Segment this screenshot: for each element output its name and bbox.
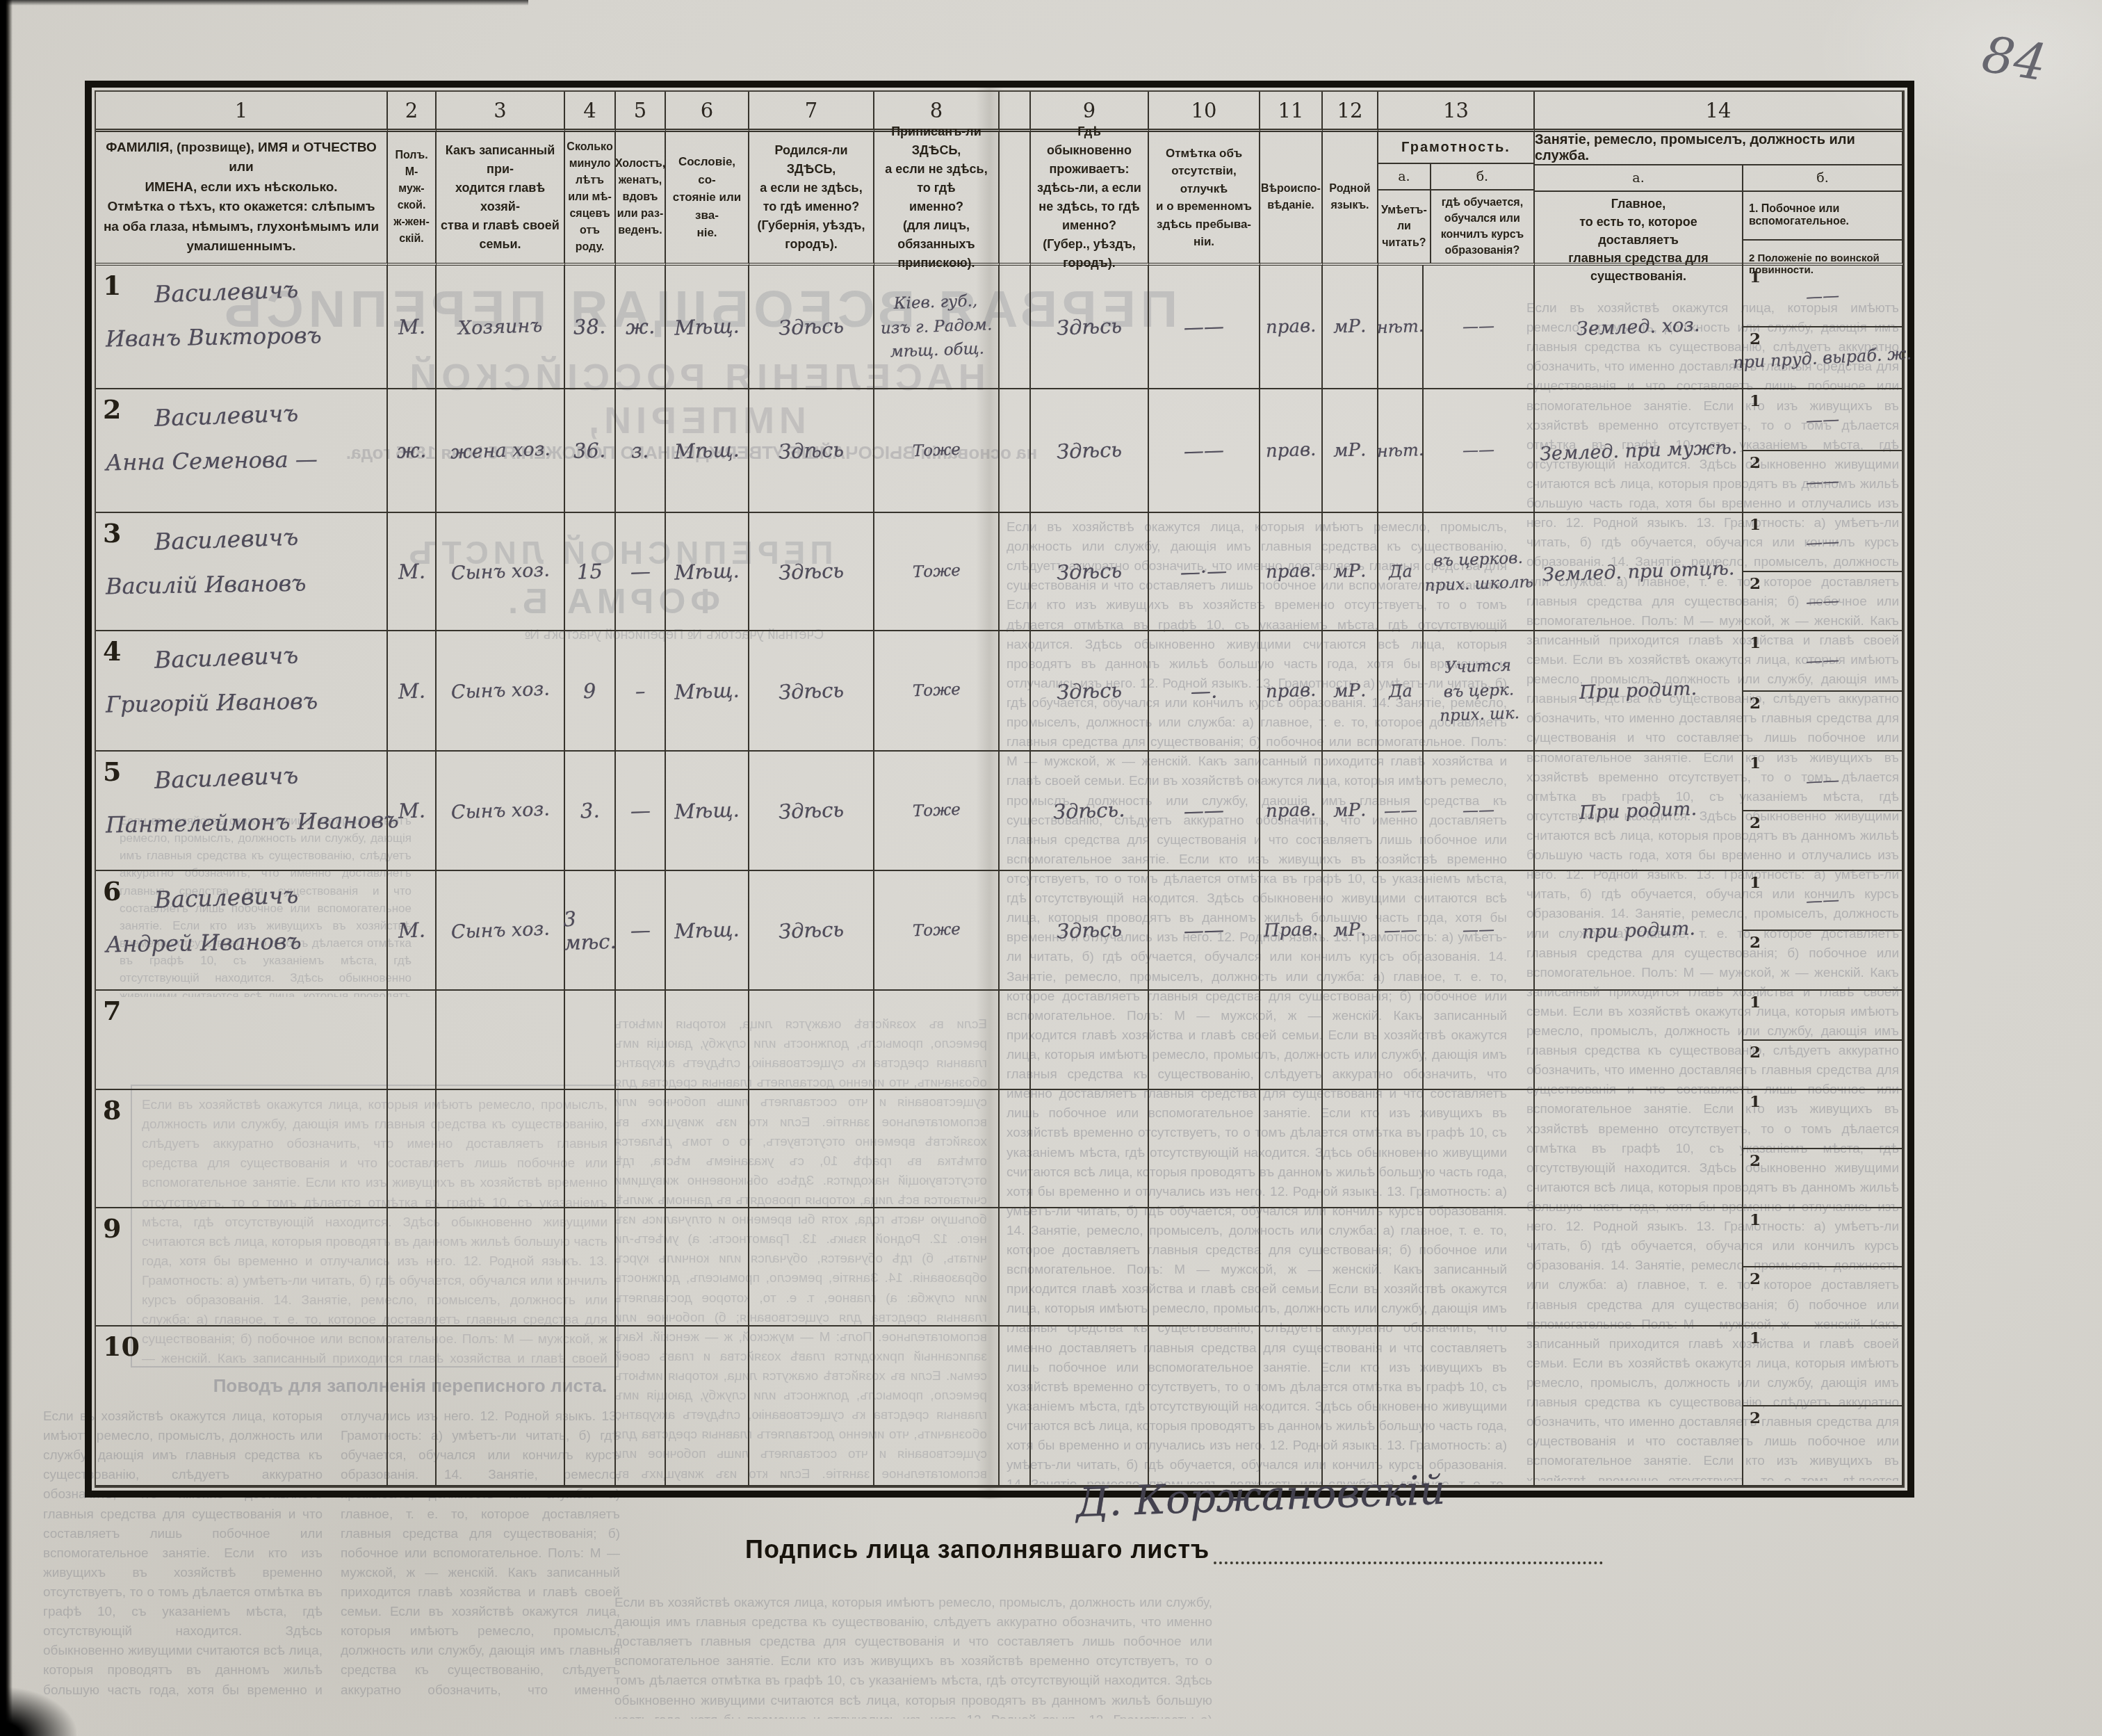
subcell-label-1: 1 — [1750, 1210, 1761, 1229]
cell-estate: Мѣщ. — [666, 631, 749, 752]
cell-birthplace — [749, 1327, 874, 1486]
cell-marital: — — [616, 513, 666, 631]
cell-registered: Тоже — [874, 631, 1000, 752]
occupation-title: Занятіе, ремесло, промыселъ, должность и… — [1535, 132, 1902, 165]
col-header-sex: Полъ. М-муж- ской. ж-жен- скій. — [388, 132, 437, 266]
scan-edge-left — [0, 0, 13, 1736]
subcell-label-1: 1 — [1750, 754, 1761, 772]
cell-reads — [1378, 1090, 1424, 1208]
cell-occupation-side: 1 2 — [1743, 1327, 1903, 1486]
cell-birthplace — [749, 991, 874, 1090]
col-header-relation: Какъ записанный при- ходится главѣ хозяй… — [437, 132, 565, 266]
military-status-subcell: 2 — [1743, 1405, 1902, 1485]
cell-absence — [1149, 991, 1260, 1090]
cell-estate: Мѣщ. — [666, 266, 749, 389]
surname-handwritten: Василевичъ — [154, 520, 386, 555]
cell-residence — [1031, 1090, 1149, 1208]
col-header-birthplace: Родился-ли ЗДѢСЬ, а если не здѣсь, то гд… — [749, 132, 874, 266]
bleed-bottom-center-text: Если въ хозяйствѣ окажутся лица, которыя… — [614, 1593, 1212, 1719]
col-header-name: ФАМИЛІЯ, (прозвище), ИМЯ и ОТЧЕСТВО или … — [96, 132, 388, 266]
cell-education: —— — [1424, 871, 1535, 991]
row-number: 9 — [103, 1212, 121, 1244]
cell-religion: прав. — [1260, 389, 1323, 513]
cell-education: —— — [1424, 266, 1535, 389]
col-header-gutter — [1000, 132, 1031, 266]
col-num-4: 4 — [565, 92, 616, 132]
subcell-label-2: 2 — [1750, 453, 1761, 472]
cell-name: 9 — [96, 1208, 388, 1327]
given-name-handwritten — [106, 1007, 386, 1012]
cell-marital: з. — [616, 389, 666, 513]
cell-age — [565, 1090, 616, 1208]
cell-residence — [1031, 1208, 1149, 1327]
cell-absence: —— — [1149, 752, 1260, 871]
cell-relation: Сынъ хоз. — [437, 871, 565, 991]
cell-residence: Здѣсь — [1031, 513, 1149, 631]
cell-reads: нѣт. — [1378, 266, 1424, 389]
cell-education: Учится въ церк. прих. шк. — [1424, 631, 1535, 752]
cell-marital — [616, 991, 666, 1090]
surname-handwritten: Василевичъ — [154, 638, 386, 674]
literacy-b-text: гдѣ обучается, обучался или кончилъ курс… — [1431, 190, 1533, 263]
cell-occupation-side: 1 —— 2 — [1743, 871, 1903, 991]
cell-sex: ж. — [388, 389, 437, 513]
military-status-subcell: 2 — [1743, 1148, 1902, 1207]
cell-registered — [874, 1090, 1000, 1208]
cell-gutter — [1000, 1090, 1031, 1208]
cell-sex: М. — [388, 631, 437, 752]
col-header-estate: Сословіе, со- стояніе или зва- ніе. — [666, 132, 749, 266]
cell-gutter — [1000, 1327, 1031, 1486]
scanned-census-sheet: ПЕРВАЯ ВСЕОБЩАЯ ПЕРЕПИСЬ НАСЕЛЕНІЯ РОССІ… — [0, 0, 2102, 1736]
side-occupation-subcell: 1 — [1743, 1090, 1902, 1148]
cell-birthplace — [749, 1090, 874, 1208]
row-number: 6 — [103, 875, 121, 907]
subcell-label-1: 1 — [1750, 993, 1761, 1012]
cell-marital: — — [616, 871, 666, 991]
cell-sex: М. — [388, 266, 437, 389]
row-number: 1 — [103, 270, 121, 301]
cell-occupation-side: 1 —— 2 —— — [1743, 513, 1903, 631]
cell-residence: Здѣсь. — [1031, 752, 1149, 871]
cell-religion — [1260, 1090, 1323, 1208]
given-name-handwritten — [106, 1225, 386, 1230]
cell-reads — [1378, 991, 1424, 1090]
cell-sex — [388, 1327, 437, 1486]
cell-education — [1424, 1327, 1535, 1486]
cell-education: —— — [1424, 752, 1535, 871]
col-num-gutter — [1000, 92, 1031, 132]
subcell-label-1: 1 — [1750, 1092, 1761, 1111]
subcell-label-1: 1 — [1750, 268, 1761, 286]
cell-gutter — [1000, 991, 1031, 1090]
col-num-14: 14 — [1535, 92, 1903, 132]
cell-occupation-main: Землед. при отцѣ. — [1535, 513, 1743, 631]
cell-language: мР. — [1323, 631, 1378, 752]
military-status-subcell: 2 — [1743, 690, 1902, 751]
cell-occupation-main: при родит. — [1535, 871, 1743, 991]
cell-relation: Сынъ хоз. — [437, 631, 565, 752]
col-num-2: 2 — [388, 92, 437, 132]
col-num-7: 7 — [749, 92, 874, 132]
cell-birthplace — [749, 1208, 874, 1327]
cell-estate — [666, 1208, 749, 1327]
cell-age — [565, 1208, 616, 1327]
cell-reads: —— — [1378, 871, 1424, 991]
row-number: 4 — [103, 635, 121, 667]
cell-age: 38. — [565, 266, 616, 389]
cell-relation — [437, 1090, 565, 1208]
given-name-handwritten: Андрей Ивановъ — [106, 926, 387, 957]
cell-age: 9 — [565, 631, 616, 752]
cell-absence: —— — [1149, 389, 1260, 513]
cell-absence — [1149, 1208, 1260, 1327]
military-status-subcell: 2 — [1743, 930, 1902, 989]
subcell-label-2: 2 — [1750, 694, 1761, 713]
cell-residence: Здѣсь — [1031, 266, 1149, 389]
surname-handwritten: Василевичъ — [154, 759, 386, 794]
cell-age — [565, 991, 616, 1090]
cell-gutter — [1000, 389, 1031, 513]
subcell-label-1: 1 — [1750, 1329, 1761, 1347]
col-header-marital: Холостъ, женатъ, вдовъ или раз- веденъ. — [616, 132, 666, 266]
cell-education — [1424, 1090, 1535, 1208]
cell-religion: прав. — [1260, 752, 1323, 871]
side-occupation-subcell: 1 —— — [1743, 389, 1902, 450]
cell-registered: Кіев. губ., изъ г. Радом. мѣщ. общ. — [874, 266, 1000, 389]
cell-absence — [1149, 1090, 1260, 1208]
col-num-12: 12 — [1323, 92, 1378, 132]
surname-handwritten — [154, 998, 386, 1006]
subcell-label-2: 2 — [1750, 330, 1761, 348]
cell-occupation-side: 1 2 — [1743, 991, 1903, 1090]
signature-label: Подпись лица заполнявшаго листъ — [745, 1535, 1209, 1564]
cell-registered: Тоже — [874, 389, 1000, 513]
col-header-age: Сколько минуло лѣтъ или мѣ- сяцевъ отъ р… — [565, 132, 616, 266]
cell-religion: Прав. — [1260, 871, 1323, 991]
literacy-a-label: а. — [1378, 164, 1430, 190]
cell-age: 3 мѣс. — [565, 871, 616, 991]
scan-edge-top — [0, 0, 528, 6]
cell-registered: Тоже — [874, 513, 1000, 631]
cell-relation — [437, 991, 565, 1090]
military-status-subcell: 2 при пруд. выраб. ж. — [1743, 326, 1902, 388]
cell-absence: —. — [1149, 631, 1260, 752]
col-num-13: 13 — [1378, 92, 1535, 132]
cell-occupation-main: Землед. хоз. — [1535, 266, 1743, 389]
cell-occupation-side: 1 —— 2 —— — [1743, 389, 1903, 513]
cell-religion — [1260, 1208, 1323, 1327]
cell-relation: жена хоз. — [437, 389, 565, 513]
military-status-subcell: 2 —— — [1743, 571, 1902, 630]
cell-reads — [1378, 1327, 1424, 1486]
subcell-label-2: 2 — [1750, 1151, 1761, 1170]
occupation-a-label: а. — [1535, 165, 1742, 192]
cell-sex — [388, 991, 437, 1090]
surname-handwritten — [154, 1333, 386, 1342]
cell-occupation-side: 1 —— 2 при пруд. выраб. ж. — [1743, 266, 1903, 389]
cell-sex: М. — [388, 871, 437, 991]
surname-handwritten: Василевичъ — [154, 396, 386, 432]
col-header-occupation: Занятіе, ремесло, промыселъ, должность и… — [1535, 132, 1903, 266]
col-num-10: 10 — [1149, 92, 1260, 132]
cell-marital — [616, 1327, 666, 1486]
cell-birthplace: Здѣсь — [749, 389, 874, 513]
cell-religion: прав. — [1260, 513, 1323, 631]
cell-relation: Хозяинъ — [437, 266, 565, 389]
side-occupation-subcell: 1 — [1743, 1327, 1902, 1405]
cell-registered — [874, 1208, 1000, 1327]
cell-language: мР. — [1323, 513, 1378, 631]
col-header-registered: Приписанъ-ли ЗДѢСЬ, а если не здѣсь, то … — [874, 132, 1000, 266]
row-number: 2 — [103, 394, 121, 425]
literacy-b-label: б. — [1431, 164, 1533, 190]
side-occupation-subcell: 1 —— — [1743, 871, 1902, 930]
cell-language: мР. — [1323, 389, 1378, 513]
side-occupation-subcell: 1 —— — [1743, 752, 1902, 810]
cell-language — [1323, 1208, 1378, 1327]
subcell-label-1: 1 — [1750, 391, 1761, 410]
scan-edge-corner — [0, 1687, 76, 1736]
cell-religion: прав. — [1260, 266, 1323, 389]
col-header-language: Родной языкъ. — [1323, 132, 1378, 266]
cell-religion — [1260, 991, 1323, 1090]
subcell-label-2: 2 — [1750, 933, 1761, 952]
given-name-handwritten: Иванъ Викторовъ — [106, 321, 387, 352]
literacy-a-text: Умѣетъ- ли читать? — [1378, 190, 1430, 263]
cell-occupation-main: При родит. — [1535, 752, 1743, 871]
given-name-handwritten: Григорій Ивановъ — [106, 686, 387, 717]
cell-estate — [666, 991, 749, 1090]
subcell-label-2: 2 — [1750, 1043, 1761, 1062]
cell-name: 7 — [96, 991, 388, 1090]
cell-registered: Тоже — [874, 752, 1000, 871]
cell-birthplace: Здѣсь — [749, 752, 874, 871]
cell-education: —— — [1424, 389, 1535, 513]
cell-registered: Тоже — [874, 871, 1000, 991]
cell-reads: Да — [1378, 513, 1424, 631]
occupation-b-label: б. — [1743, 165, 1902, 192]
cell-religion — [1260, 1327, 1323, 1486]
cell-age: 15 — [565, 513, 616, 631]
cell-registered — [874, 1327, 1000, 1486]
cell-occupation-side: 1 —— 2 — [1743, 752, 1903, 871]
cell-occupation-side: 1 2 — [1743, 1090, 1903, 1208]
cell-gutter — [1000, 631, 1031, 752]
cell-gutter — [1000, 1208, 1031, 1327]
surname-handwritten: Василевичъ — [154, 273, 386, 308]
cell-age — [565, 1327, 616, 1486]
surname-handwritten — [154, 1097, 386, 1105]
cell-marital: – — [616, 631, 666, 752]
cell-birthplace: Здѣсь — [749, 871, 874, 991]
cell-name: 2 Василевичъ Анна Семенова — — [96, 389, 388, 513]
cell-age: 36. — [565, 389, 616, 513]
military-status-subcell: 2 —— — [1743, 450, 1902, 512]
cell-birthplace: Здѣсь — [749, 513, 874, 631]
cell-occupation-main — [1535, 1090, 1743, 1208]
cell-name: 8 — [96, 1090, 388, 1208]
row-number: 10 — [103, 1331, 140, 1362]
cell-language — [1323, 991, 1378, 1090]
surname-handwritten: Василевичъ — [154, 878, 386, 914]
cell-name: 10 — [96, 1327, 388, 1486]
cell-sex: М. — [388, 513, 437, 631]
cell-name: 1 Василевичъ Иванъ Викторовъ — [96, 266, 388, 389]
col-num-11: 11 — [1260, 92, 1323, 132]
cell-education — [1424, 1208, 1535, 1327]
cell-relation — [437, 1208, 565, 1327]
subcell-label-1: 1 — [1750, 515, 1761, 534]
subcell-label-2: 2 — [1750, 574, 1761, 593]
side-occupation-subcell: 1 — [1743, 1208, 1902, 1266]
cell-occupation-main — [1535, 1208, 1743, 1327]
cell-estate — [666, 1327, 749, 1486]
cell-language: мР. — [1323, 752, 1378, 871]
cell-absence: —·— — [1149, 513, 1260, 631]
cell-language — [1323, 1090, 1378, 1208]
cell-residence: Здѣсь — [1031, 389, 1149, 513]
cell-residence — [1031, 1327, 1149, 1486]
cell-occupation-main: При родит. — [1535, 631, 1743, 752]
cell-occupation-main: Землед. при мужѣ. — [1535, 389, 1743, 513]
cell-gutter — [1000, 513, 1031, 631]
page-number: 84 — [1978, 24, 2051, 92]
subcell-label-2: 2 — [1750, 813, 1761, 832]
cell-education: въ церков. прих. школѣ — [1424, 513, 1535, 631]
military-status-subcell: 2 — [1743, 810, 1902, 870]
cell-reads: нѣт. — [1378, 389, 1424, 513]
cell-estate: Мѣщ. — [666, 752, 749, 871]
cell-language: мР. — [1323, 871, 1378, 991]
cell-marital — [616, 1090, 666, 1208]
cell-occupation-side: 1 —— 2 — [1743, 631, 1903, 752]
military-status-subcell: 2 — [1743, 1039, 1902, 1089]
cell-relation: Сынъ хоз. — [437, 513, 565, 631]
surname-handwritten — [154, 1215, 386, 1224]
side-occupation-subcell: 1 —— — [1743, 513, 1902, 571]
signature-row: Подпись лица заполнявшаго листъ — [745, 1535, 1603, 1564]
cell-birthplace: Здѣсь — [749, 631, 874, 752]
cell-estate — [666, 1090, 749, 1208]
cell-name: 3 Василевичъ Василій Ивановъ — [96, 513, 388, 631]
side-occupation-subcell: 1 — [1743, 991, 1902, 1039]
subcell-label-1: 1 — [1750, 633, 1761, 652]
cell-language: мР. — [1323, 266, 1378, 389]
cell-gutter — [1000, 752, 1031, 871]
cell-name: 5 Василевичъ Пантелеймонъ Ивановъ — [96, 752, 388, 871]
cell-sex: М. — [388, 752, 437, 871]
cell-estate: Мѣщ. — [666, 513, 749, 631]
census-grid: 1 2 3 4 5 6 7 8 9 10 11 12 13 14 ФАМИЛІЯ… — [96, 92, 1903, 1486]
cell-reads: Да — [1378, 631, 1424, 752]
col-num-1: 1 — [96, 92, 388, 132]
col-num-6: 6 — [666, 92, 749, 132]
occupation-b1-text: 1. Побочное или вспомогательное. — [1743, 192, 1902, 241]
cell-marital — [616, 1208, 666, 1327]
cell-residence: Здѣсь — [1031, 871, 1149, 991]
cell-religion: прав. — [1260, 631, 1323, 752]
cell-residence — [1031, 991, 1149, 1090]
given-name-handwritten: Анна Семенова — — [106, 444, 387, 476]
military-status-subcell: 2 — [1743, 1266, 1902, 1325]
cell-reads — [1378, 1208, 1424, 1327]
cell-birthplace: Здѣсь — [749, 266, 874, 389]
col-header-residence: Гдѣ обыкновенно проживаетъ: здѣсь-ли, а … — [1031, 132, 1149, 266]
col-header-absence: Отмѣтка объ отсутствіи, отлучкѣ и о врем… — [1149, 132, 1260, 266]
cell-absence: —— — [1149, 266, 1260, 389]
literacy-title: Грамотность. — [1378, 132, 1533, 164]
given-name-handwritten — [106, 1107, 386, 1112]
cell-language — [1323, 1327, 1378, 1486]
cell-relation — [437, 1327, 565, 1486]
signature-dotted-line — [1214, 1561, 1603, 1564]
subcell-label-2: 2 — [1750, 1269, 1761, 1288]
cell-name: 6 Василевичъ Андрей Ивановъ — [96, 871, 388, 991]
cell-relation: Сынъ хоз. — [437, 752, 565, 871]
given-name-handwritten: Пантелеймонъ Ивановъ — [106, 806, 387, 838]
cell-reads: —— — [1378, 752, 1424, 871]
cell-occupation-main — [1535, 991, 1743, 1090]
row-number: 7 — [103, 995, 121, 1026]
census-table-frame: 1 2 3 4 5 6 7 8 9 10 11 12 13 14 ФАМИЛІЯ… — [85, 81, 1914, 1498]
cell-absence — [1149, 1327, 1260, 1486]
cell-estate: Мѣщ. — [666, 871, 749, 991]
subcell-label-2: 2 — [1750, 1409, 1761, 1427]
subcell-label-1: 1 — [1750, 873, 1761, 892]
cell-absence: —— — [1149, 871, 1260, 991]
row-number: 3 — [103, 517, 121, 549]
side-occupation-subcell: 1 —— — [1743, 631, 1902, 690]
cell-marital: ж. — [616, 266, 666, 389]
cell-registered — [874, 991, 1000, 1090]
cell-occupation-side: 1 2 — [1743, 1208, 1903, 1327]
cell-marital: — — [616, 752, 666, 871]
cell-name: 4 Василевичъ Григорій Ивановъ — [96, 631, 388, 752]
side-occupation-subcell: 1 —— — [1743, 266, 1902, 326]
col-num-5: 5 — [616, 92, 666, 132]
cell-gutter — [1000, 266, 1031, 389]
cell-age: 3. — [565, 752, 616, 871]
cell-residence: Здѣсь — [1031, 631, 1149, 752]
cell-occupation-main — [1535, 1327, 1743, 1486]
cell-sex — [388, 1208, 437, 1327]
given-name-handwritten — [106, 1343, 386, 1348]
col-header-literacy: Грамотность. а. Умѣетъ- ли читать? б. гд… — [1378, 132, 1535, 266]
cell-sex — [388, 1090, 437, 1208]
cell-gutter — [1000, 871, 1031, 991]
row-number: 5 — [103, 756, 121, 787]
given-name-handwritten: Василій Ивановъ — [106, 568, 387, 599]
col-header-religion: Вѣроиспо- вѣданіе. — [1260, 132, 1323, 266]
cell-education — [1424, 991, 1535, 1090]
row-number: 8 — [103, 1094, 121, 1126]
cell-estate: Мѣщ. — [666, 389, 749, 513]
col-num-3: 3 — [437, 92, 565, 132]
